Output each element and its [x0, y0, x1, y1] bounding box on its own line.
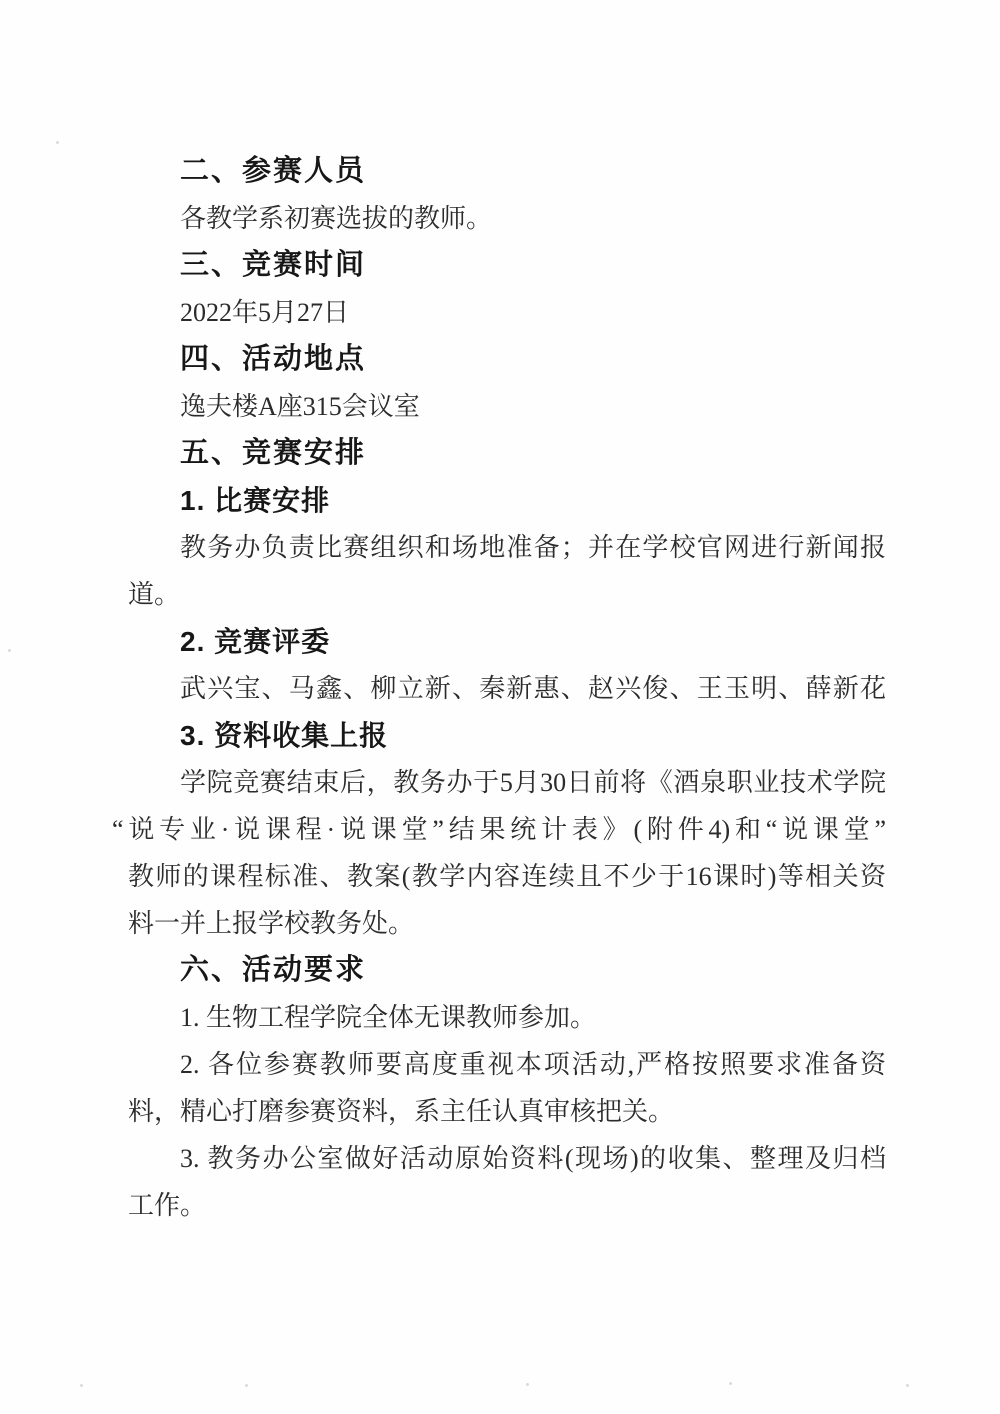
section-heading: 二、参赛人员 [128, 148, 886, 195]
scan-speck [526, 1383, 529, 1386]
scan-speck [906, 1384, 909, 1387]
body-line: 教务办负责比赛组织和场地准备；并在学校官网进行新闻报 [128, 524, 886, 571]
body-line: 2022年5月27日 [128, 289, 886, 336]
body-line: 逸夫楼A座315会议室 [128, 383, 886, 430]
body-line: 武兴宝、马鑫、柳立新、秦新惠、赵兴俊、王玉明、薛新花 [128, 665, 886, 712]
scan-speck [245, 1384, 248, 1387]
body-line: 工作。 [128, 1182, 886, 1229]
body-line: “说专业·说课程·说课堂”结果统计表》(附件4)和“说课堂” [112, 806, 886, 853]
scan-speck [729, 1382, 732, 1385]
body-line: 学院竞赛结束后，教务办于5月30日前将《酒泉职业技术学院 [128, 759, 886, 806]
scanned-document-page: 二、参赛人员各教学系初赛选拔的教师。三、竞赛时间2022年5月27日四、活动地点… [0, 0, 1000, 1414]
sub-heading: 3. 资料收集上报 [128, 712, 886, 759]
body-line: 教师的课程标准、教案(教学内容连续且不少于16课时)等相关资 [128, 853, 886, 900]
body-line: 1. 生物工程学院全体无课教师参加。 [128, 994, 886, 1041]
scan-speck [80, 1384, 83, 1387]
body-line: 2. 各位参赛教师要高度重视本项活动,严格按照要求准备资 [128, 1041, 886, 1088]
body-line: 料一并上报学校教务处。 [128, 900, 886, 947]
sub-heading: 2. 竞赛评委 [128, 618, 886, 665]
body-line: 3. 教务办公室做好活动原始资料(现场)的收集、整理及归档 [128, 1135, 886, 1182]
scan-speck [56, 141, 59, 144]
section-heading: 三、竞赛时间 [128, 242, 886, 289]
section-heading: 六、活动要求 [128, 947, 886, 994]
section-heading: 四、活动地点 [128, 336, 886, 383]
section-heading: 五、竞赛安排 [128, 430, 886, 477]
body-line: 各教学系初赛选拔的教师。 [128, 195, 886, 242]
body-line: 道。 [128, 571, 886, 618]
scan-speck [8, 649, 11, 652]
body-line: 料，精心打磨参赛资料，系主任认真审核把关。 [128, 1088, 886, 1135]
sub-heading: 1. 比赛安排 [128, 477, 886, 524]
text-block: 二、参赛人员各教学系初赛选拔的教师。三、竞赛时间2022年5月27日四、活动地点… [128, 148, 886, 1229]
